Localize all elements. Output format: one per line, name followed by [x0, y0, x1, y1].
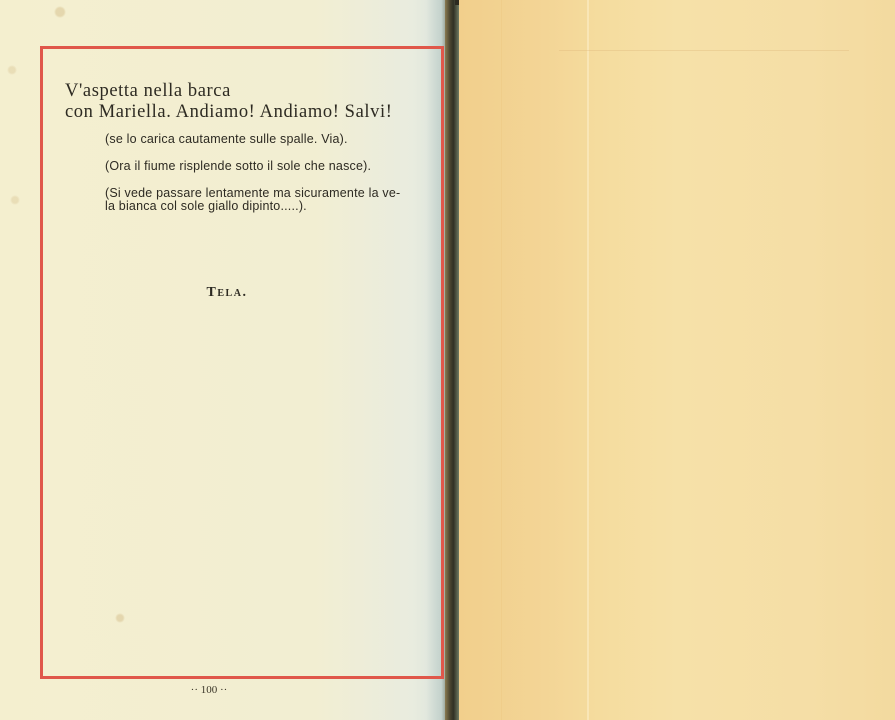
paper-fold-line: [501, 0, 502, 720]
left-page: V'aspetta nella barca con Mariella. Andi…: [0, 0, 448, 720]
book-gutter: [445, 0, 459, 720]
stage-direction-1: (se lo carica cautamente sulle spalle. V…: [105, 133, 427, 146]
stage-direction-3b: la bianca col sole giallo dipinto.....).: [105, 200, 427, 213]
page-number: ·· 100 ··: [0, 684, 448, 696]
right-page-blank: [459, 0, 895, 720]
verse-line-1: V'aspetta nella barca: [65, 81, 427, 102]
stage-direction-2: (Ora il fiume risplende sotto il sole ch…: [105, 160, 427, 173]
curtain-heading: Tela.: [43, 285, 441, 301]
red-page-frame: V'aspetta nella barca con Mariella. Andi…: [40, 46, 444, 679]
paper-crease: [559, 50, 849, 51]
page-text-block: V'aspetta nella barca con Mariella. Andi…: [65, 81, 427, 213]
book-spread: V'aspetta nella barca con Mariella. Andi…: [0, 0, 895, 720]
paper-fold-line: [587, 0, 589, 720]
verse-line-2: con Mariella. Andiamo! Andiamo! Salvi!: [65, 102, 427, 123]
